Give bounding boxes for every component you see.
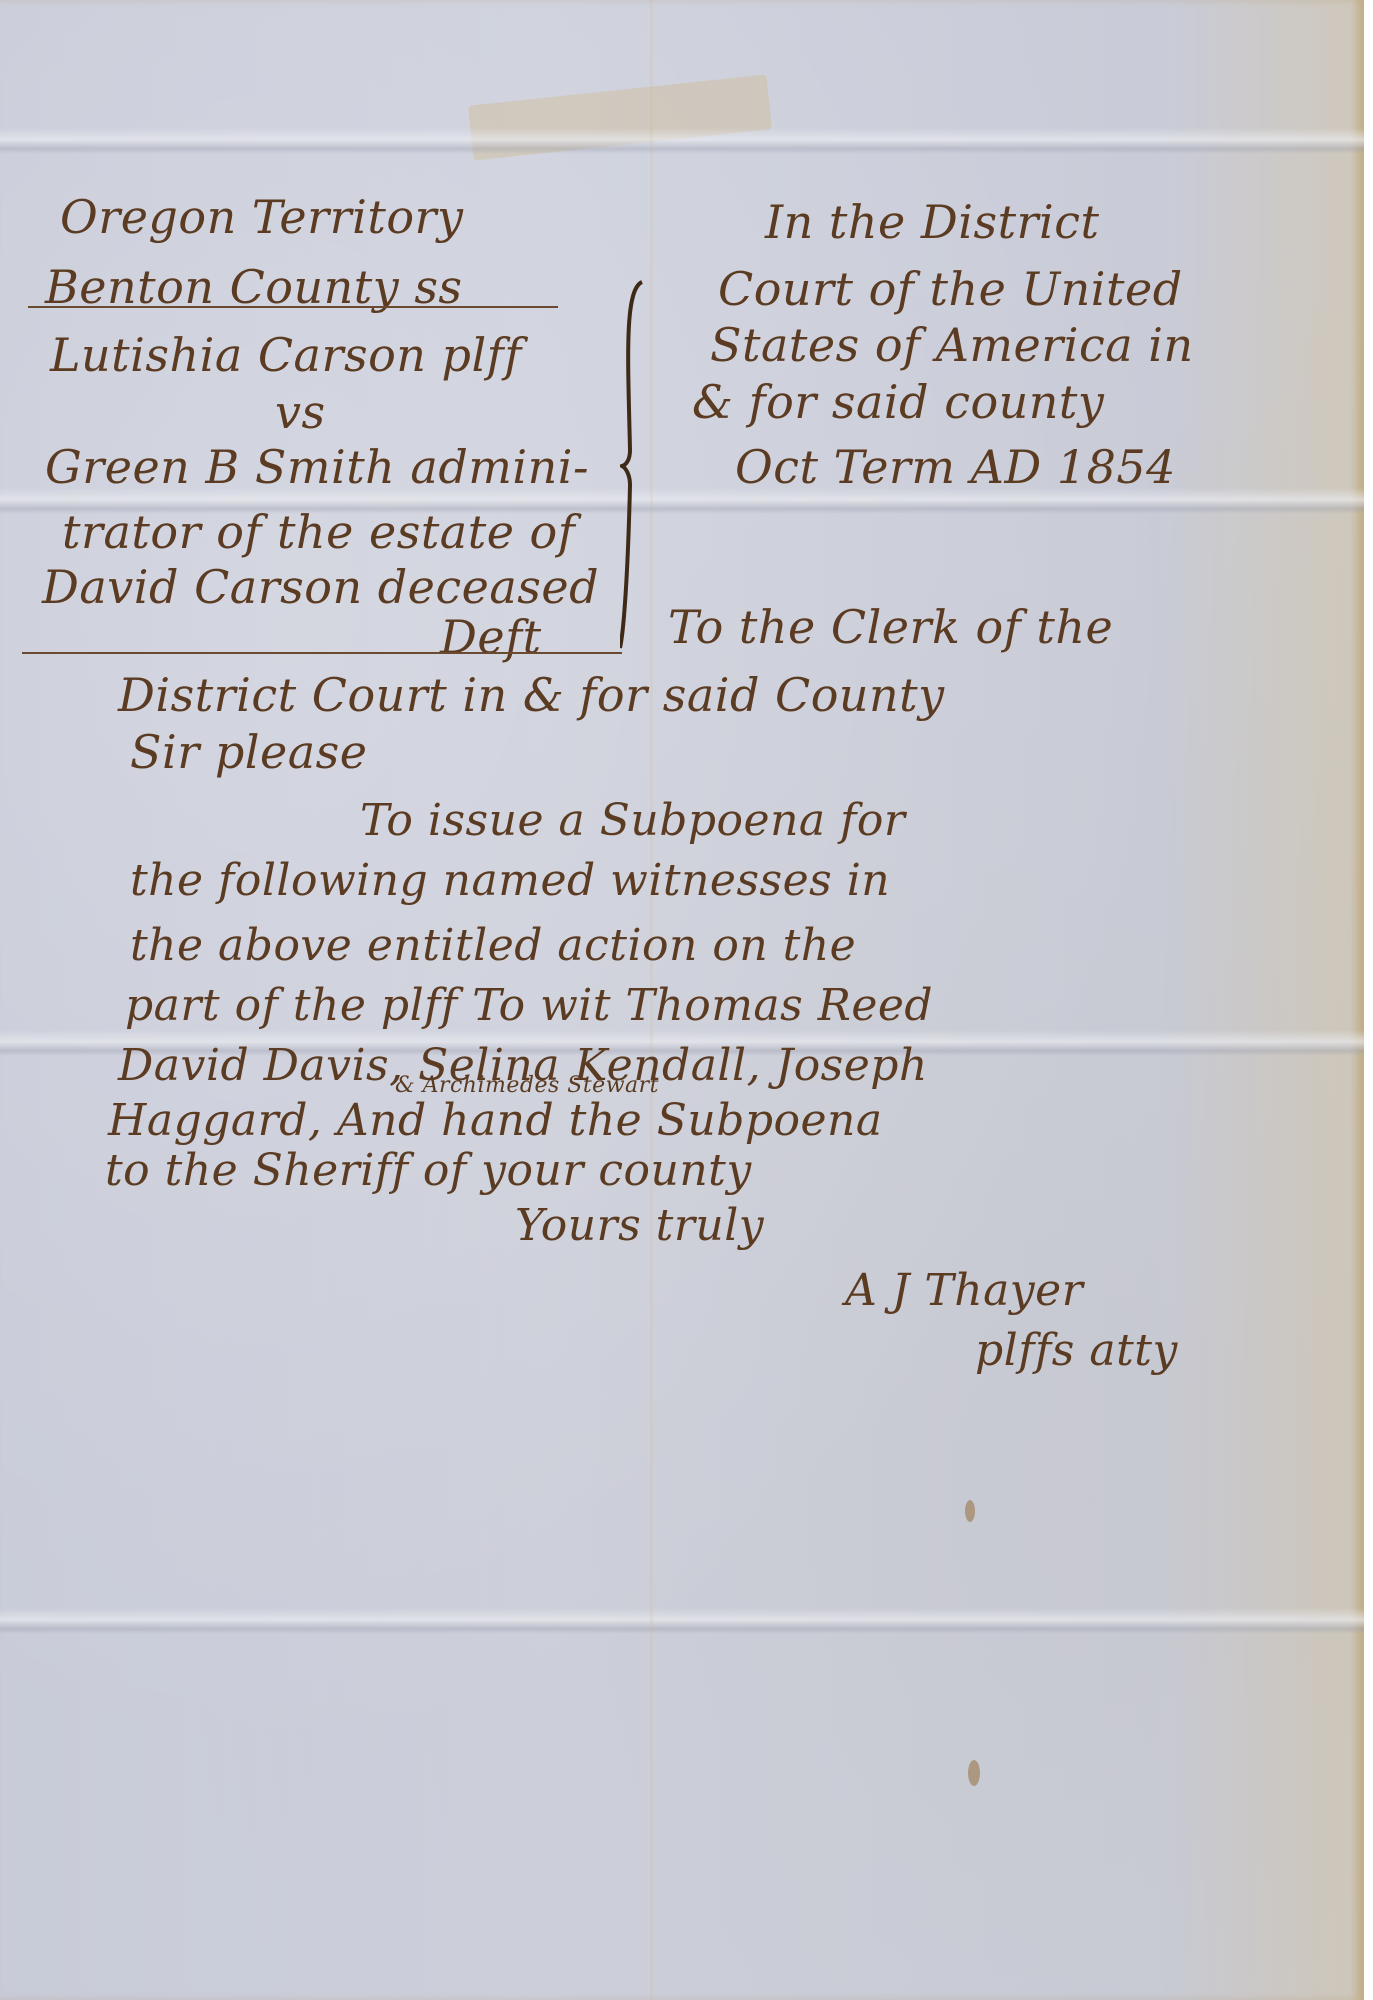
ink-spot xyxy=(965,1500,975,1522)
ink-spot xyxy=(968,1760,980,1786)
court-line-1: In the District xyxy=(765,195,1100,249)
court-line-4: & for said county xyxy=(692,375,1104,429)
body-line-7: to the Sheriff of your county xyxy=(105,1145,752,1196)
document-page: Oregon Territory Benton County ss Lutish… xyxy=(0,0,1364,2000)
signature-title: plffs atty xyxy=(975,1325,1178,1376)
salutation: Sir please xyxy=(130,725,367,779)
caption-brace xyxy=(620,280,650,650)
court-term: Oct Term AD 1854 xyxy=(735,440,1176,494)
address-line-2: District Court in & for said County xyxy=(118,668,945,722)
caption-bottom-rule xyxy=(22,652,622,654)
signature: A J Thayer xyxy=(845,1265,1083,1316)
body-line-4: part of the plff To wit Thomas Reed xyxy=(125,980,933,1031)
caption-defendant-3: David Carson deceased xyxy=(42,560,599,614)
caption-defendant-1: Green B Smith admini- xyxy=(45,440,589,494)
caption-territory: Oregon Territory xyxy=(60,190,464,244)
caption-versus: vs xyxy=(275,385,326,439)
court-line-2: Court of the United xyxy=(718,262,1183,316)
caption-defendant-label: Deft xyxy=(440,610,542,664)
caption-plaintiff: Lutishia Carson plff xyxy=(50,328,522,382)
address-line-1: To the Clerk of the xyxy=(668,600,1113,654)
fold-line xyxy=(0,1608,1364,1634)
body-line-3: the above entitled action on the xyxy=(130,920,856,971)
caption-underline xyxy=(28,306,558,308)
body-line-1: To issue a Subpoena for xyxy=(360,795,905,846)
body-line-2: the following named witnesses in xyxy=(130,855,890,906)
court-line-3: States of America in xyxy=(710,318,1194,372)
caption-defendant-2: trator of the estate of xyxy=(62,505,575,559)
fold-line xyxy=(0,128,1364,154)
valediction: Yours truly xyxy=(515,1200,764,1251)
body-line-6: Haggard, And hand the Subpoena xyxy=(108,1095,883,1146)
